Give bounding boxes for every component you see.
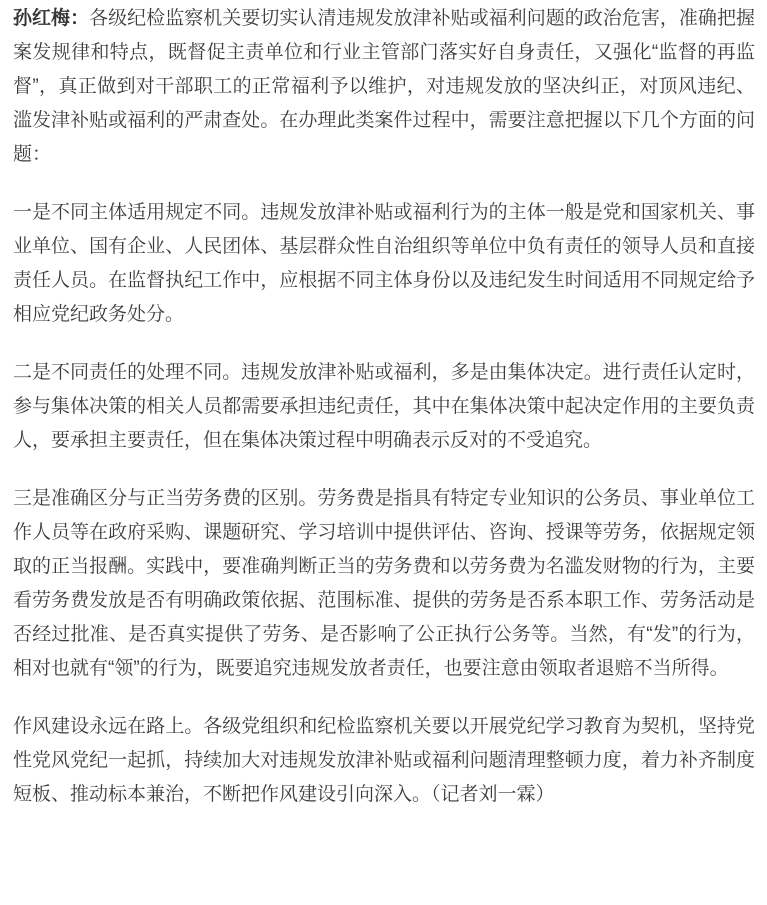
paragraph-point-one: 一是不同主体适用规定不同。违规发放津补贴或福利行为的主体一般是党和国家机关、事业…: [13, 196, 755, 332]
speaker-name: 孙红梅：: [13, 8, 89, 29]
paragraph-intro-text: 各级纪检监察机关要切实认清违规发放津补贴或福利问题的政治危害，准确把握案发规律和…: [13, 8, 755, 165]
article-body: 孙红梅：各级纪检监察机关要切实认清违规发放津补贴或福利问题的政治危害，准确把握案…: [0, 0, 767, 812]
paragraph-intro: 孙红梅：各级纪检监察机关要切实认清违规发放津补贴或福利问题的政治危害，准确把握案…: [13, 2, 755, 172]
paragraph-conclusion: 作风建设永远在路上。各级党组织和纪检监察机关要以开展党纪学习教育为契机，坚持党性…: [13, 710, 755, 812]
paragraph-point-two: 二是不同责任的处理不同。违规发放津补贴或福利，多是由集体决定。进行责任认定时，参…: [13, 356, 755, 458]
paragraph-point-three: 三是准确区分与正当劳务费的区别。劳务费是指具有特定专业知识的公务员、事业单位工作…: [13, 482, 755, 686]
